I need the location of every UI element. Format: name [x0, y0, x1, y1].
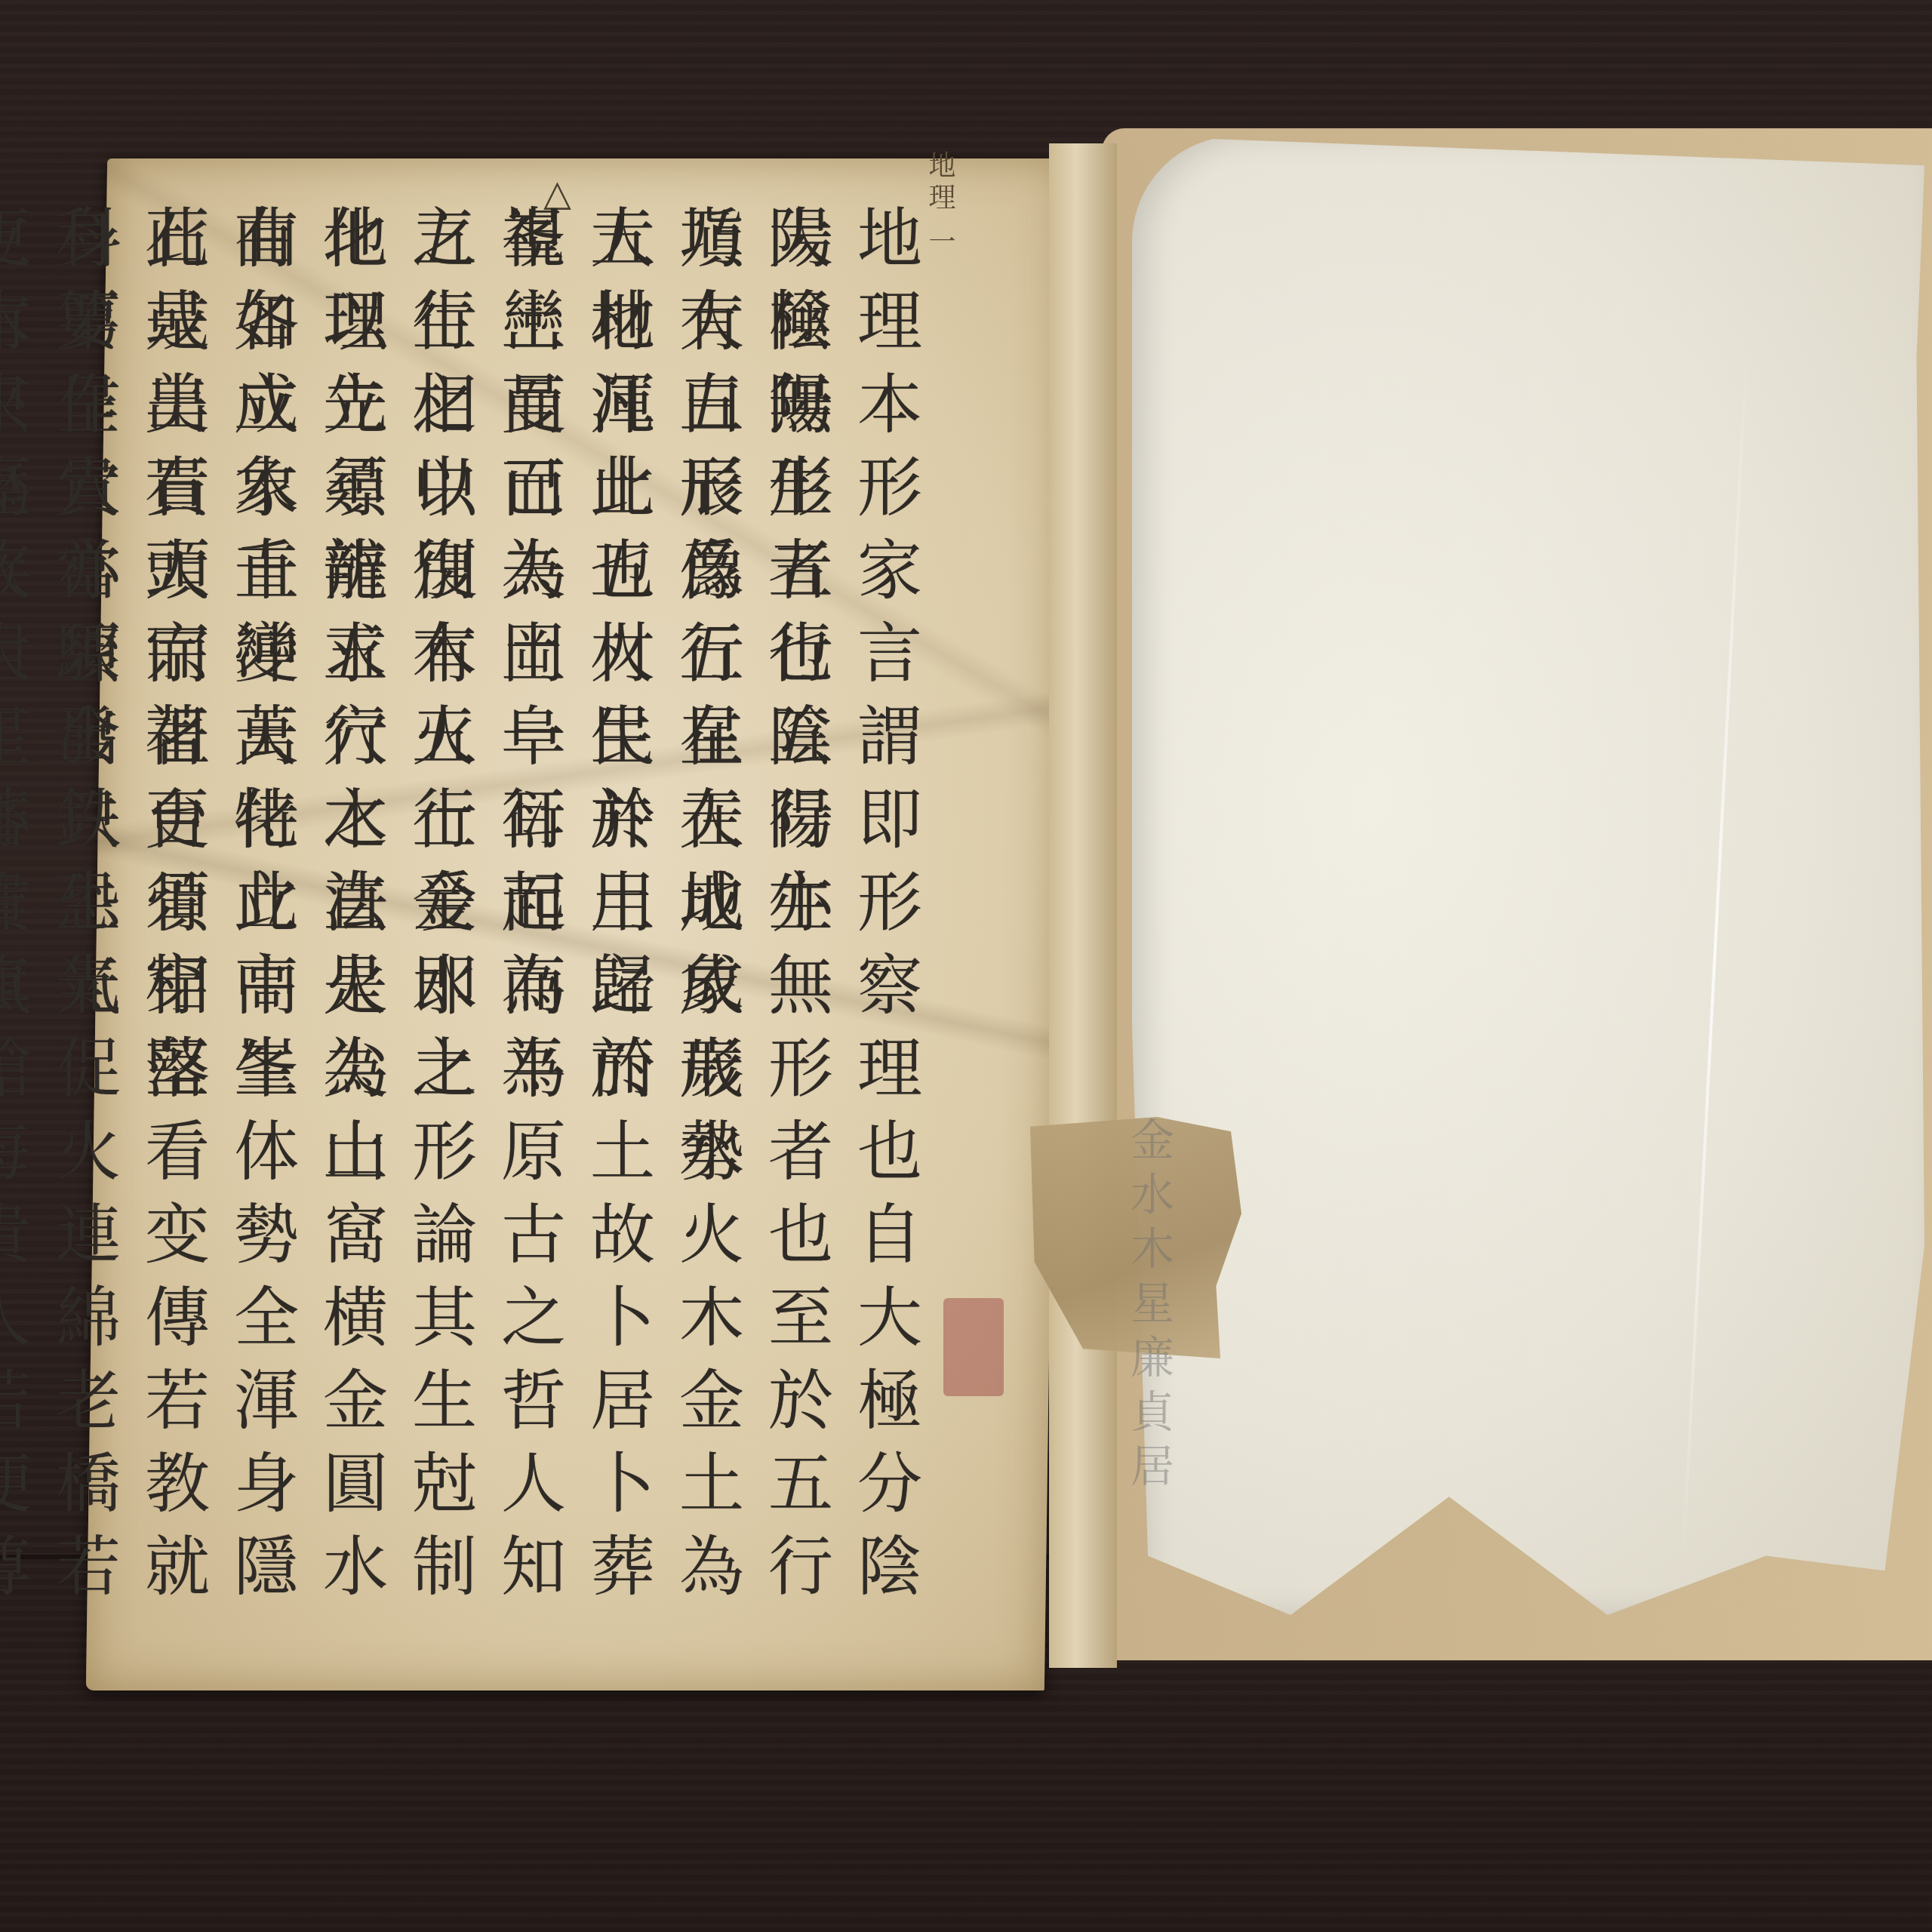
text-column: 地理本形家言謂即形察理也自大極分陰陽陰陽生五行五行生: [839, 204, 928, 1653]
red-seal-stamp: [943, 1298, 1004, 1396]
blank-flyleaf: [1132, 136, 1924, 1615]
book-gutter: [1049, 143, 1117, 1668]
faded-margin-text: 金水木星廉貞居: [1117, 1117, 1180, 1497]
handwritten-text: 地理本形家言謂即形察理也自大極分陰陽陰陽生五行五行生 大極無形者也陰陽亦無形者也…: [174, 204, 928, 1653]
